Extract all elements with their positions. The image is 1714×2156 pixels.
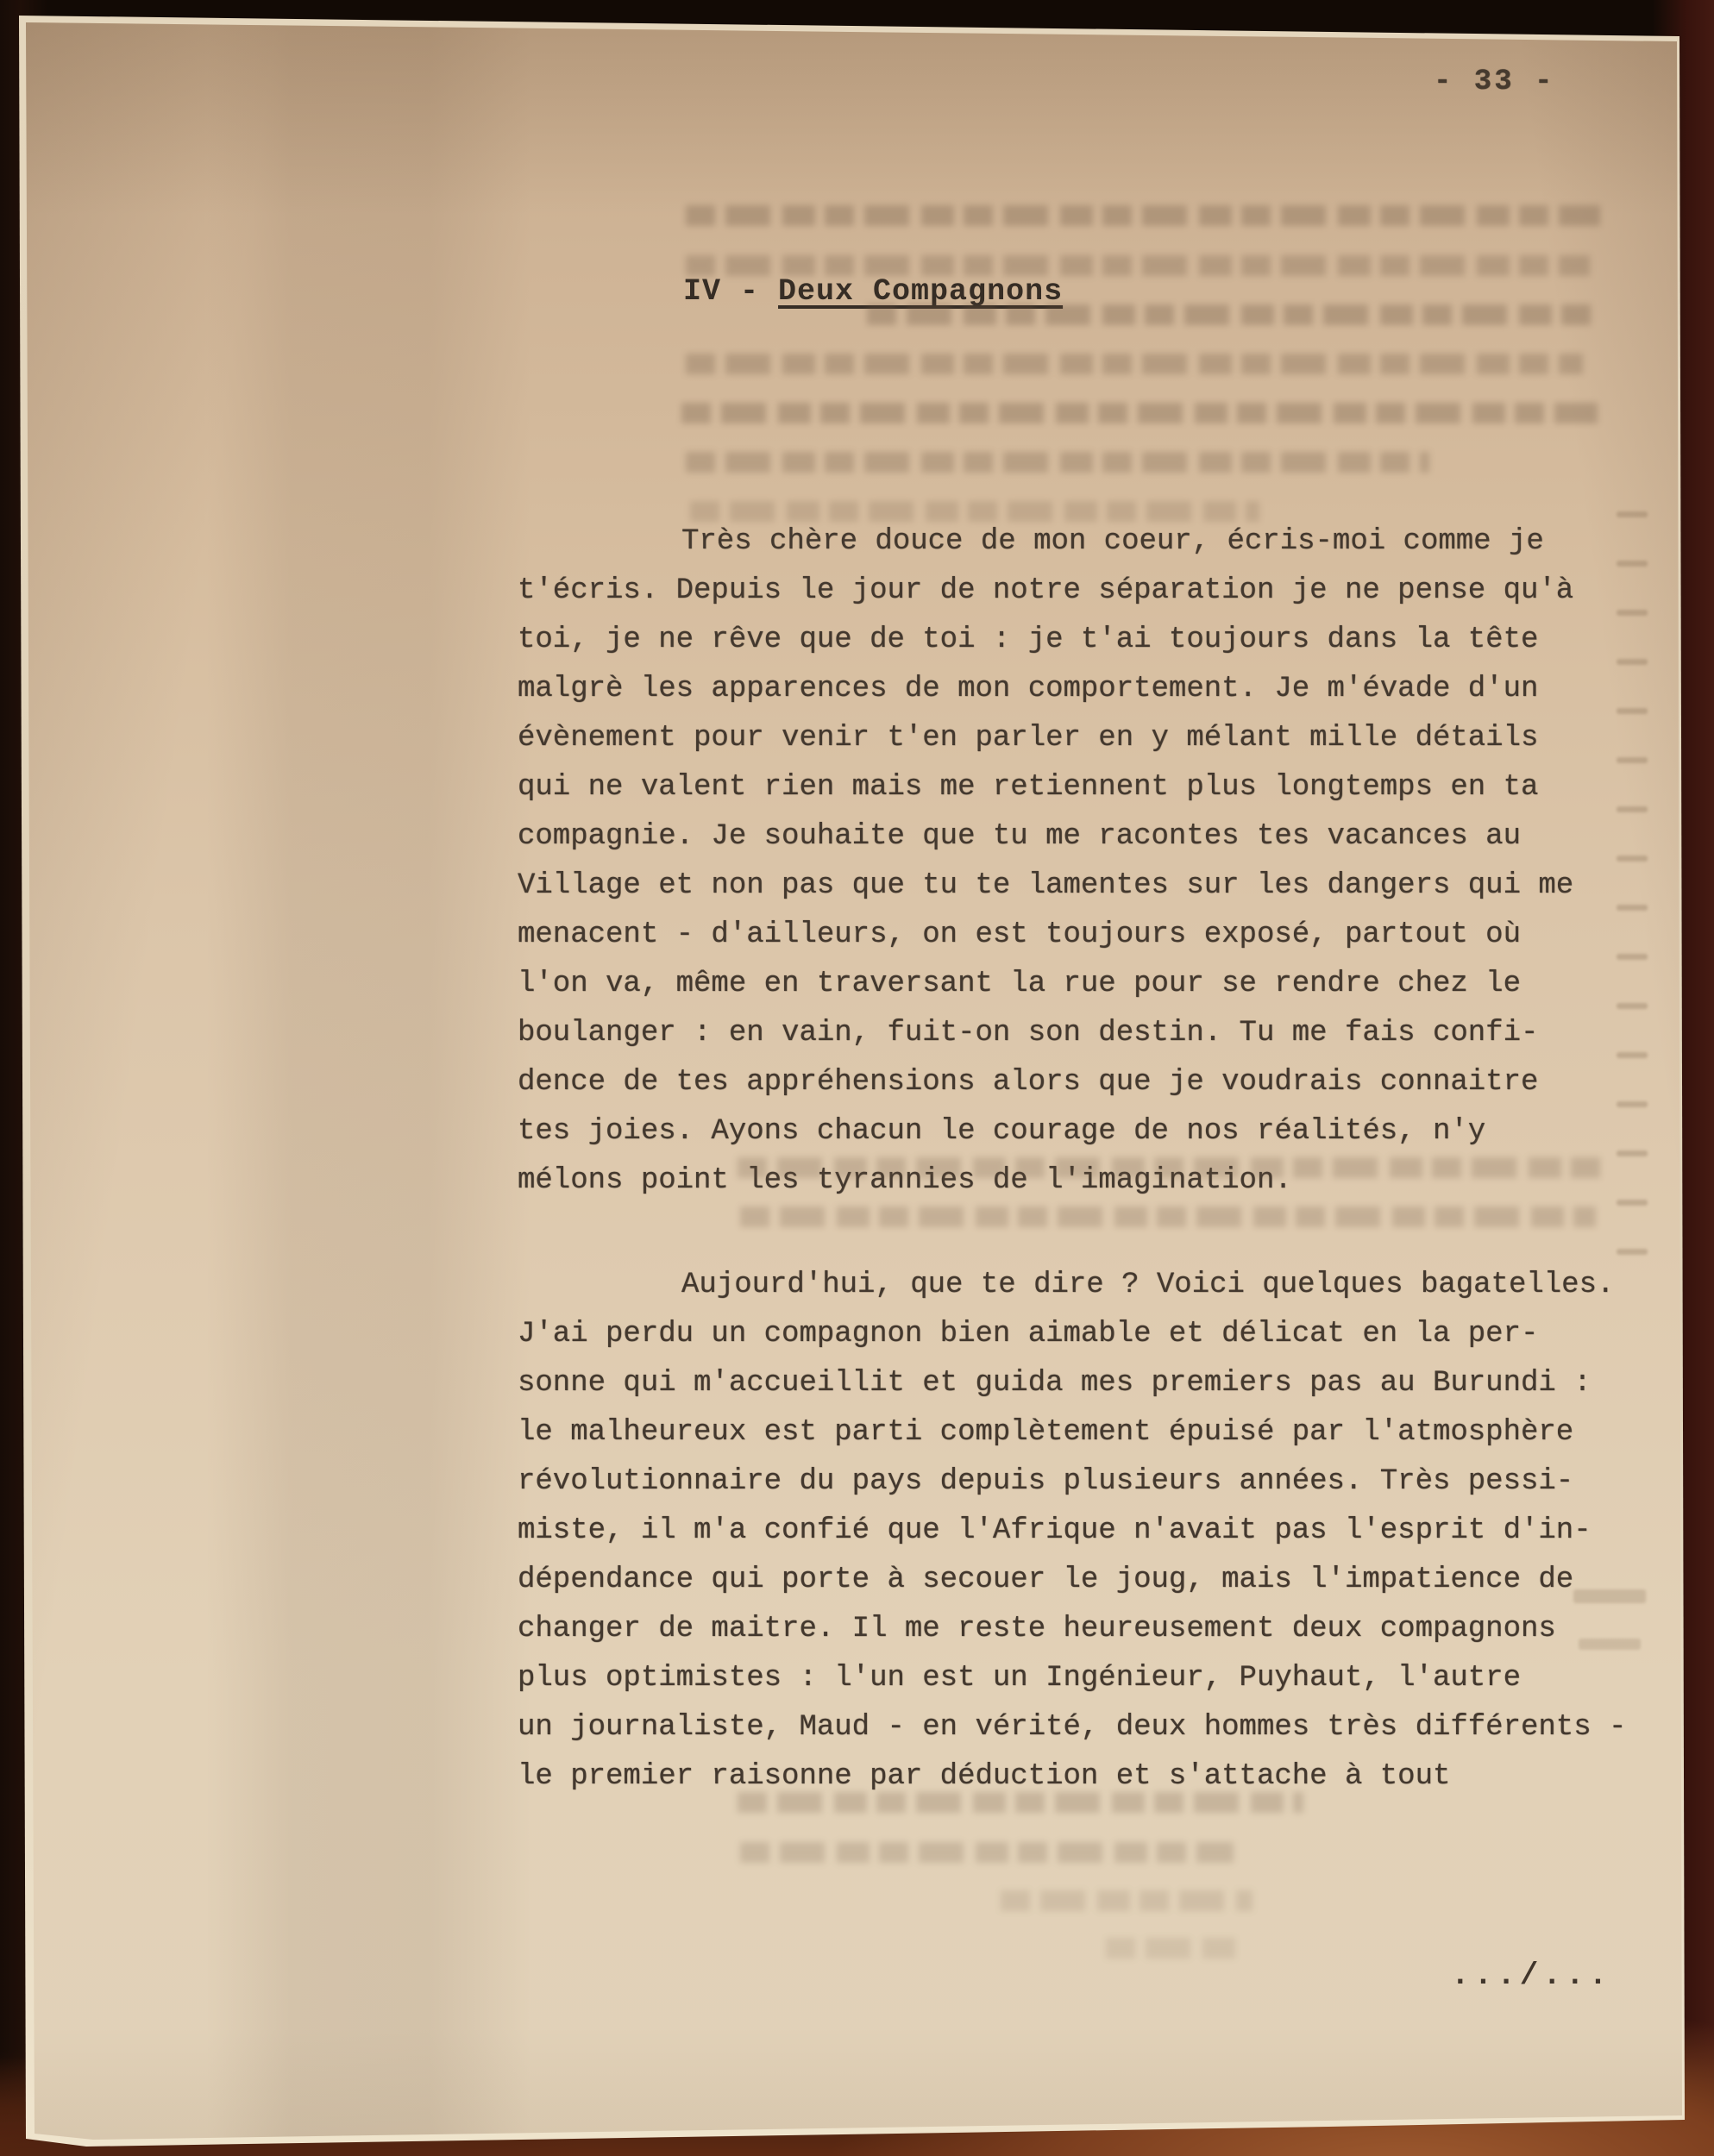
page-edge-mark [1617, 1249, 1648, 1255]
bleed-through-line [686, 255, 1590, 276]
page-edge-mark [1617, 856, 1648, 862]
bleed-through-line [867, 304, 1598, 325]
text-line: sonne qui m'accueillit et guida mes prem… [518, 1359, 1626, 1408]
text-line: évènement pour venir t'en parler en y mé… [518, 714, 1573, 763]
letter-paragraph-2: Aujourd'hui, que te dire ? Voici quelque… [518, 1261, 1626, 1802]
continuation-mark: .../... [1451, 1958, 1611, 1993]
text-line: tes joies. Ayons chacun le courage de no… [518, 1107, 1573, 1156]
text-line: qui ne valent rien mais me retiennent pl… [518, 763, 1573, 812]
text-line: t'écris. Depuis le jour de notre séparat… [518, 567, 1573, 616]
page-edge-mark [1617, 954, 1648, 960]
text-line: un journaliste, Maud - en vérité, deux h… [518, 1703, 1626, 1752]
bleed-through-line [738, 1792, 1303, 1813]
page-edge-mark [1617, 757, 1648, 763]
bleed-through-line [1001, 1890, 1253, 1911]
page-edge-mark [1617, 659, 1648, 665]
text-line: l'on va, même en traversant la rue pour … [518, 960, 1573, 1009]
heading-title: Deux Compagnons [778, 274, 1063, 309]
page-edge-mark [1617, 610, 1648, 616]
document-page: - 33 - IV - Deux Compagnons Très chère d… [0, 0, 1714, 2156]
page-edge-mark [1617, 1101, 1648, 1107]
page-edge-mark [1617, 1003, 1648, 1009]
page-edge-mark [1617, 708, 1648, 714]
text-line: le malheureux est parti complètement épu… [518, 1408, 1626, 1457]
page-number: - 33 - [1434, 66, 1554, 98]
text-line: plus optimistes : l'un est un Ingénieur,… [518, 1654, 1626, 1703]
heading-number: IV - [683, 274, 778, 309]
bleed-through-line [740, 1206, 1596, 1227]
bleed-through-line [686, 452, 1429, 473]
text-line: révolutionnaire du pays depuis plusieurs… [518, 1457, 1626, 1507]
text-line: toi, je ne rêve que de toi : je t'ai tou… [518, 616, 1573, 665]
section-heading: IV - Deux Compagnons [683, 274, 1063, 309]
page-edge-mark [1579, 1639, 1641, 1650]
bleed-through-line [686, 205, 1600, 226]
bleed-through-line [1106, 1938, 1235, 1959]
bleed-through-line [738, 1157, 1602, 1178]
text-line: dence de tes appréhensions alors que je … [518, 1058, 1573, 1107]
text-line: J'ai perdu un compagnon bien aimable et … [518, 1310, 1626, 1359]
page-edge-mark [1617, 1200, 1648, 1206]
text-line: Aujourd'hui, que te dire ? Voici quelque… [518, 1261, 1626, 1310]
page-edge-mark [1573, 1589, 1646, 1603]
text-line: dépendance qui porte à secouer le joug, … [518, 1556, 1626, 1605]
text-line: miste, il m'a confié que l'Afrique n'ava… [518, 1507, 1626, 1556]
bleed-through-line [740, 1842, 1234, 1863]
page-edge-mark [1617, 561, 1648, 567]
text-line: changer de maitre. Il me reste heureusem… [518, 1605, 1626, 1654]
page-edge-mark [1617, 1052, 1648, 1058]
text-line: malgrè les apparences de mon comportemen… [518, 665, 1573, 714]
text-line: Village et non pas que tu te lamentes su… [518, 862, 1573, 911]
bleed-through-line [690, 501, 1259, 522]
letter-paragraph-1: Très chère douce de mon coeur, écris-moi… [518, 517, 1573, 1206]
text-line: compagnie. Je souhaite que tu me raconte… [518, 812, 1573, 862]
bleed-through-line [681, 403, 1598, 423]
text-line: Très chère douce de mon coeur, écris-moi… [518, 517, 1573, 567]
photographed-typescript-page: - 33 - IV - Deux Compagnons Très chère d… [0, 0, 1714, 2156]
page-edge-mark [1617, 511, 1648, 517]
page-edge-mark [1617, 806, 1648, 812]
page-edge-mark [1617, 905, 1648, 911]
page-edge-mark [1617, 1150, 1648, 1156]
text-line: boulanger : en vain, fuit-on son destin.… [518, 1009, 1573, 1058]
text-line: menacent - d'ailleurs, on est toujours e… [518, 911, 1573, 960]
bleed-through-line [686, 354, 1583, 374]
